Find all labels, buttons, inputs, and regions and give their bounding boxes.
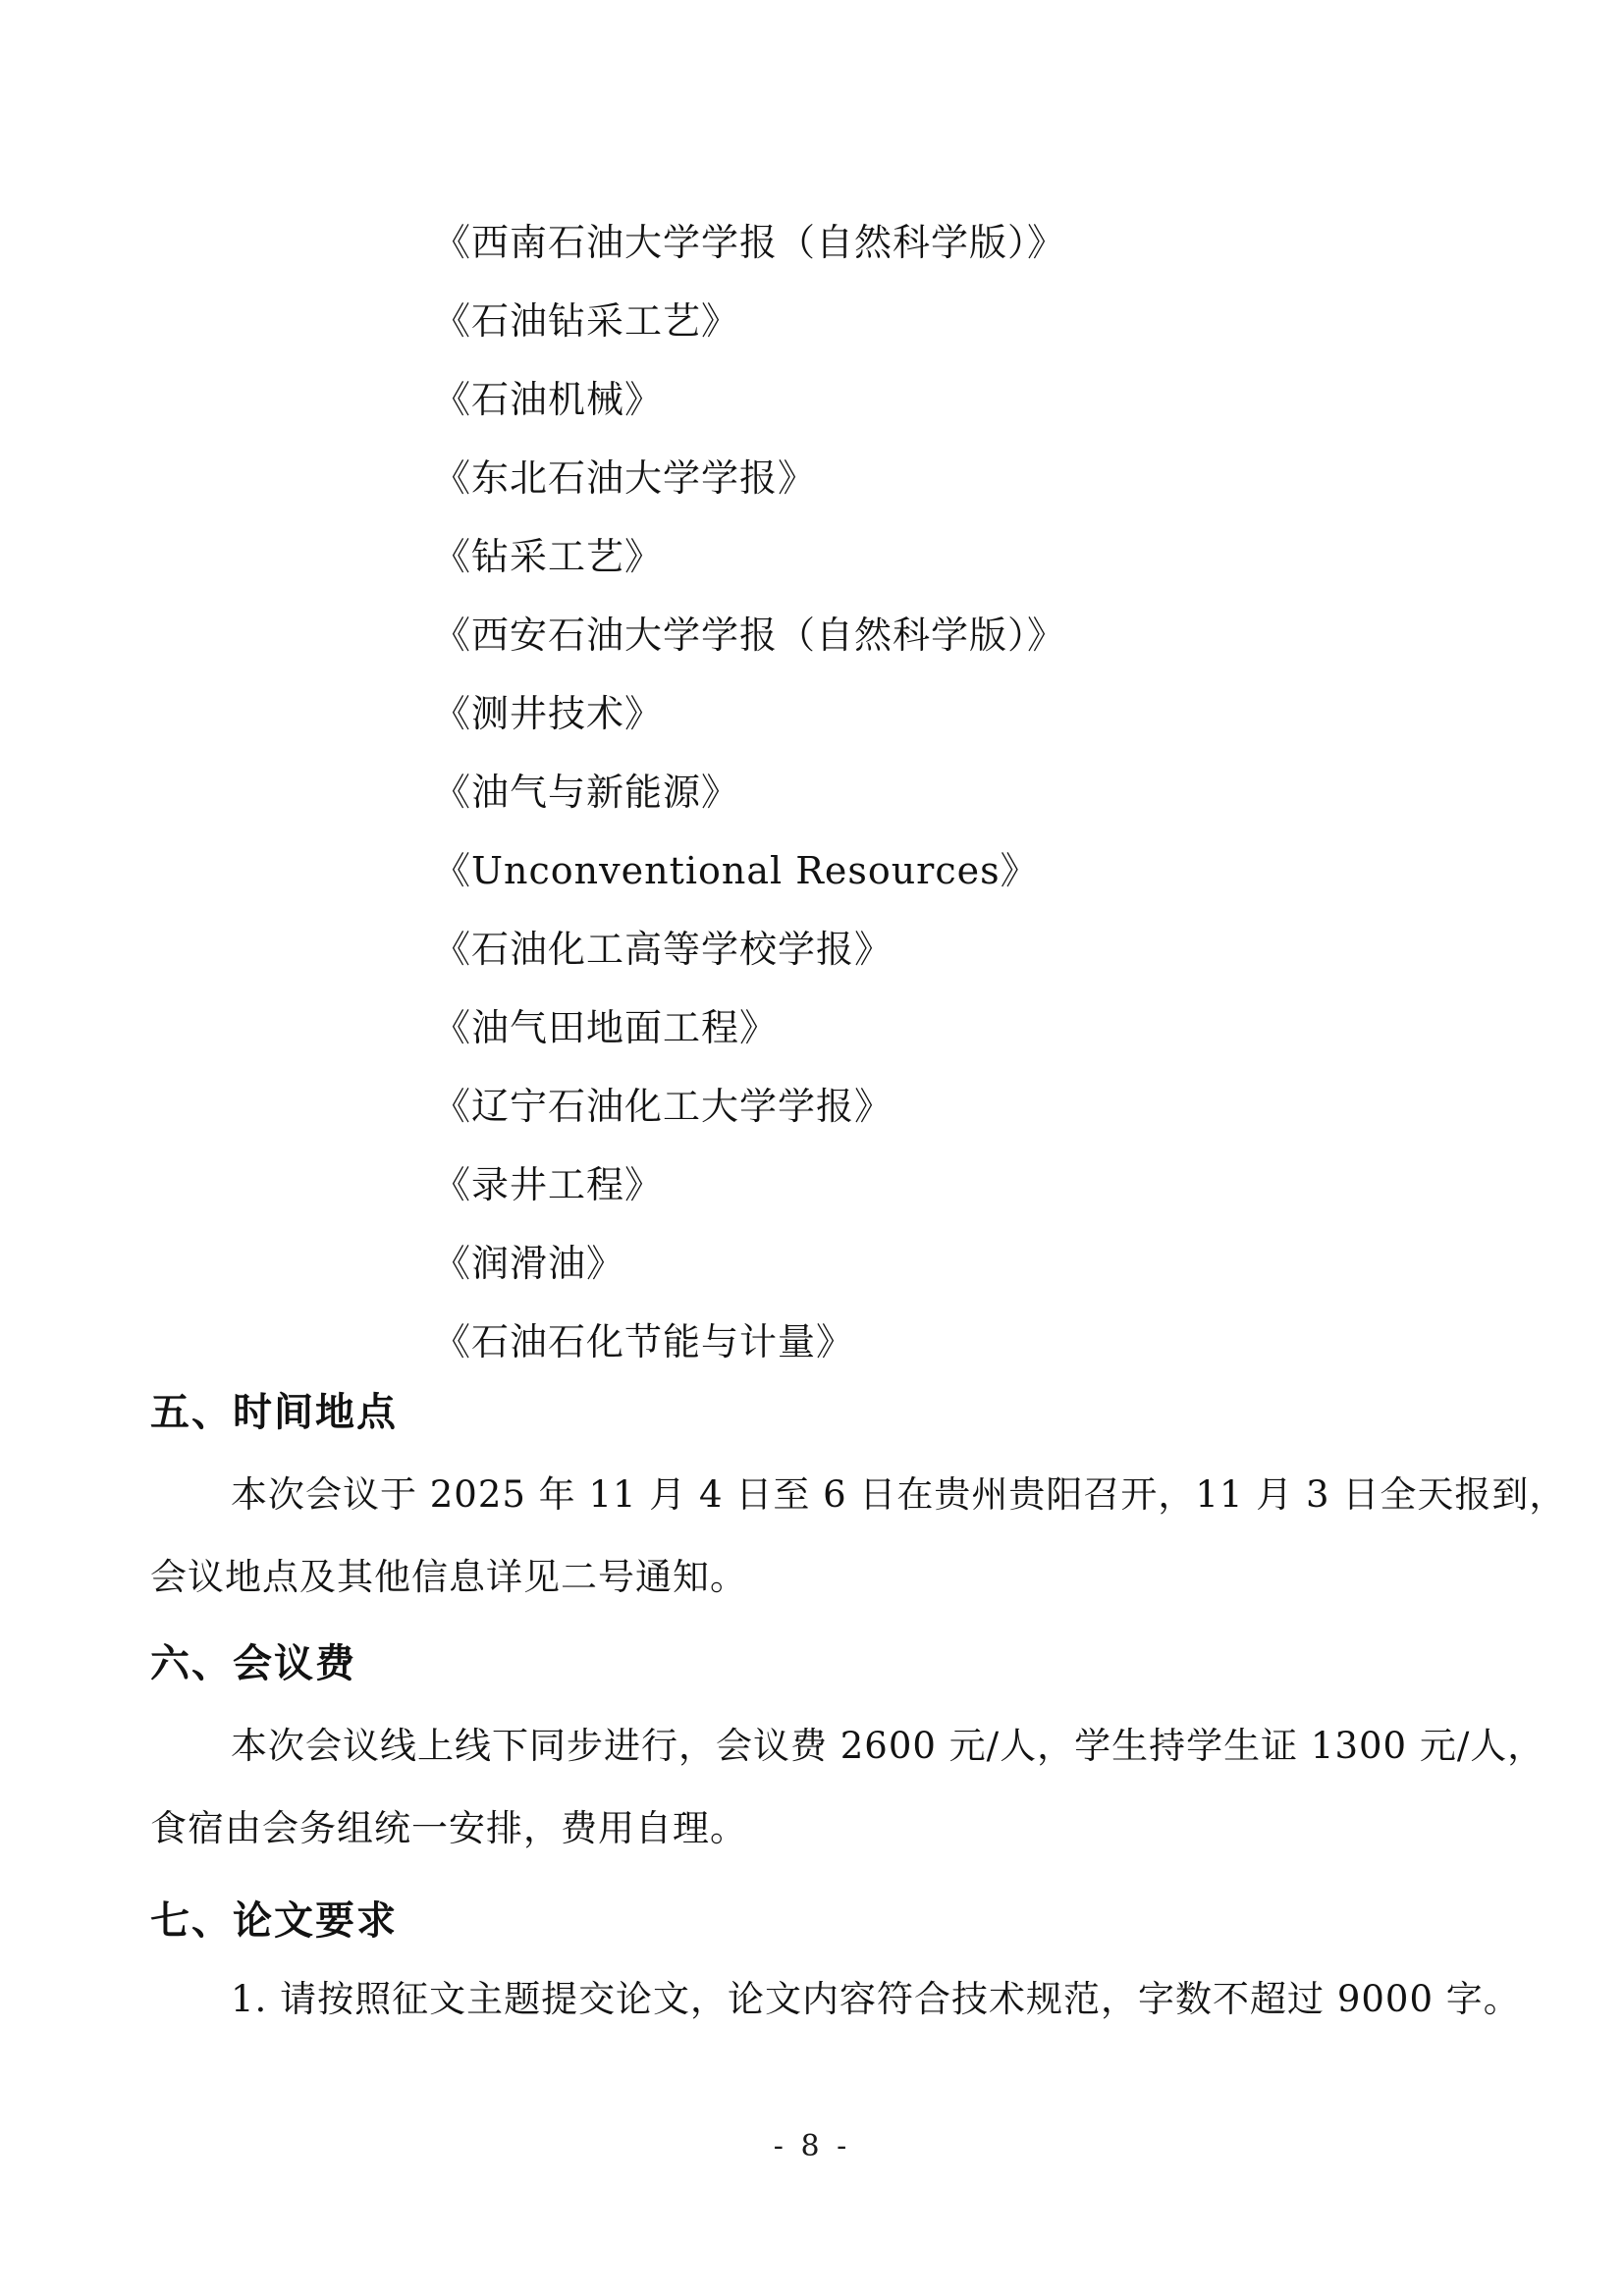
section-conference-fee: 六、会议费 本次会议线上线下同步进行，会议费 2600 元/人，学生持学生证 1…	[150, 1642, 1474, 1870]
journal-item: 《石油机械》	[433, 360, 1474, 439]
section-heading-time-location: 五、时间地点	[150, 1391, 1474, 1434]
journal-item: 《润滑油》	[433, 1224, 1474, 1303]
journal-item: 《西南石油大学学报（自然科学版）》	[433, 203, 1474, 282]
journal-item: 《测井技术》	[433, 674, 1474, 753]
journal-item: 《石油化工高等学校学报》	[433, 910, 1474, 988]
journal-item: 《东北石油大学学报》	[433, 439, 1474, 517]
paragraph-line: 食宿由会务组统一安排，费用自理。	[150, 1788, 1474, 1870]
journal-item: 《石油钻采工艺》	[433, 282, 1474, 360]
document-page: 《西南石油大学学报（自然科学版）》 《石油钻采工艺》 《石油机械》 《东北石油大…	[0, 0, 1624, 2296]
journal-item: 《Unconventional Resources》	[433, 831, 1474, 910]
paragraph-line: 本次会议于 2025 年 11 月 4 日至 6 日在贵州贵阳召开，11 月 3…	[150, 1454, 1474, 1536]
paragraph-paper-requirements: 1. 请按照征文主题提交论文，论文内容符合技术规范，字数不超过 9000 字。	[150, 1958, 1474, 2041]
paragraph-line: 本次会议线上线下同步进行，会议费 2600 元/人，学生持学生证 1300 元/…	[150, 1705, 1474, 1788]
journal-list: 《西南石油大学学报（自然科学版）》 《石油钻采工艺》 《石油机械》 《东北石油大…	[150, 203, 1474, 1381]
page-number: - 8 -	[150, 2131, 1474, 2163]
journal-item: 《录井工程》	[433, 1146, 1474, 1224]
section-time-location: 五、时间地点 本次会议于 2025 年 11 月 4 日至 6 日在贵州贵阳召开…	[150, 1391, 1474, 1619]
paragraph-line: 1. 请按照征文主题提交论文，论文内容符合技术规范，字数不超过 9000 字。	[150, 1958, 1474, 2041]
journal-item: 《钻采工艺》	[433, 517, 1474, 596]
journal-item: 《油气与新能源》	[433, 753, 1474, 831]
paragraph-conference-fee: 本次会议线上线下同步进行，会议费 2600 元/人，学生持学生证 1300 元/…	[150, 1705, 1474, 1870]
section-paper-requirements: 七、论文要求 1. 请按照征文主题提交论文，论文内容符合技术规范，字数不超过 9…	[150, 1899, 1474, 2041]
paragraph-time-location: 本次会议于 2025 年 11 月 4 日至 6 日在贵州贵阳召开，11 月 3…	[150, 1454, 1474, 1619]
journal-item: 《辽宁石油化工大学学报》	[433, 1067, 1474, 1146]
section-heading-paper-requirements: 七、论文要求	[150, 1899, 1474, 1943]
journal-item: 《石油石化节能与计量》	[433, 1303, 1474, 1381]
journal-item: 《油气田地面工程》	[433, 988, 1474, 1067]
paragraph-line: 会议地点及其他信息详见二号通知。	[150, 1536, 1474, 1619]
journal-item: 《西安石油大学学报（自然科学版）》	[433, 596, 1474, 674]
section-heading-conference-fee: 六、会议费	[150, 1642, 1474, 1685]
